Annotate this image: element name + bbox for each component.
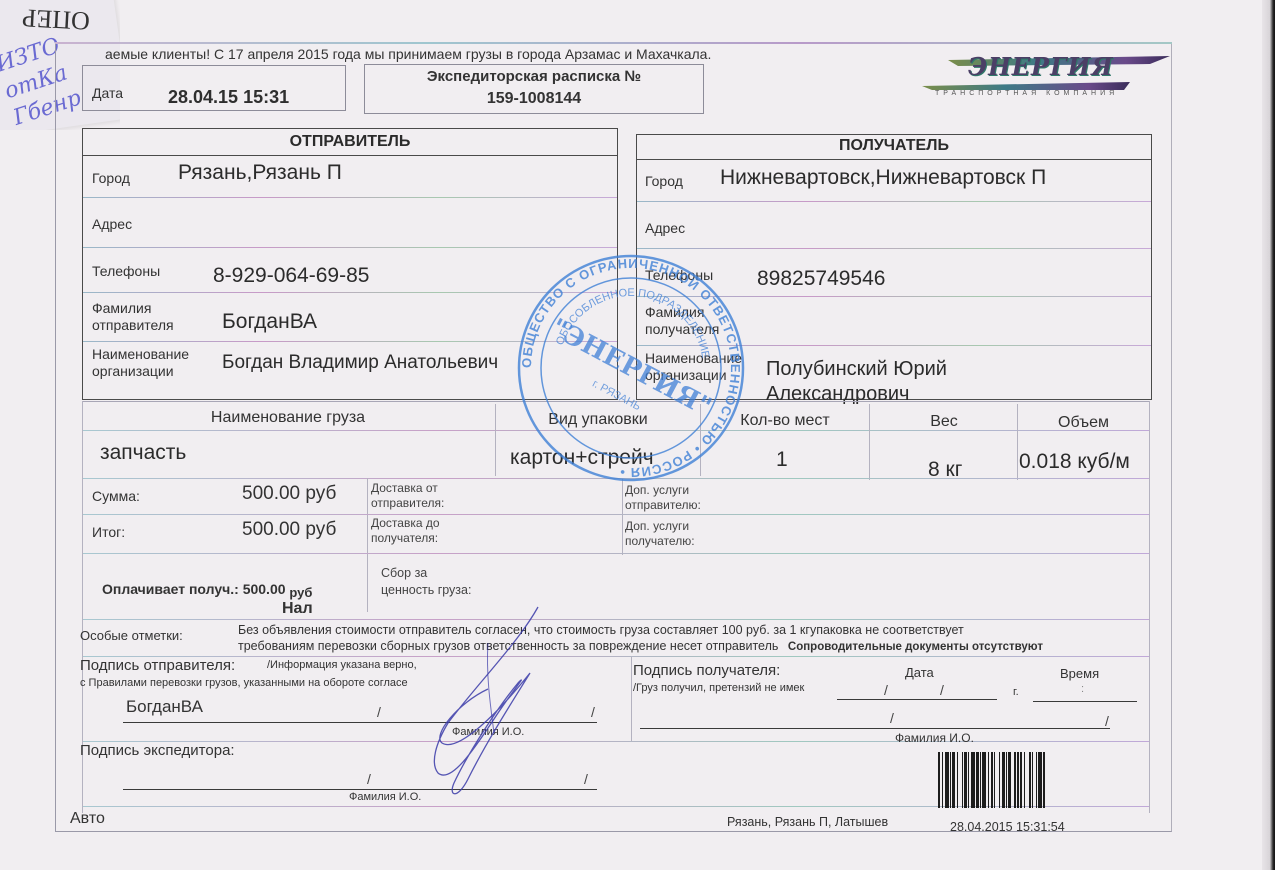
divider <box>83 514 1149 515</box>
payment-method: Нал <box>282 600 313 618</box>
table-right-border <box>1149 401 1150 813</box>
sender-city: Рязань,Рязань П <box>178 161 342 185</box>
slash-separator: / <box>584 771 588 787</box>
divider <box>83 741 1149 742</box>
special-text: Без объявления стоимости отправитель сог… <box>238 622 1043 655</box>
logo-name: ЭНЕРГИЯ <box>968 52 1114 81</box>
recipient-address-label: Адрес <box>645 220 685 237</box>
recipient-title-divider <box>637 159 1151 160</box>
sender-address-label: Адрес <box>92 216 132 233</box>
barcode <box>938 752 1144 808</box>
scan-edge <box>1262 0 1275 870</box>
divider <box>83 197 617 198</box>
slash-separator: / <box>890 710 894 726</box>
slash-separator: / <box>884 682 888 698</box>
cargo-name: запчасть <box>100 441 186 465</box>
sender-signature-note: /Информация указана верно, <box>267 659 417 671</box>
sender-rules-note: с Правилами перевозки грузов, указанными… <box>80 677 408 689</box>
cargo-places: 1 <box>776 448 788 472</box>
recipient-title: ПОЛУЧАТЕЛЬ <box>636 137 1152 155</box>
divider <box>637 248 1151 249</box>
time-colon: : <box>1081 683 1084 695</box>
company-stamp-icon: ОБЩЕСТВО С ОГРАНИЧЕННОЙ ОТВЕТСТВЕННОСТЬЮ… <box>516 252 746 484</box>
divider <box>637 201 1151 202</box>
col-divider <box>1017 404 1018 480</box>
col-divider <box>495 404 496 476</box>
corner-printed-text: ОПЕР <box>21 2 90 36</box>
divider <box>83 553 1149 554</box>
year-suffix: г. <box>1013 686 1019 698</box>
date-label: Дата <box>92 85 123 101</box>
delivery-from-label: Доставка от отправителя: <box>371 481 444 511</box>
recipient-city: Нижневартовск,Нижневартовск П <box>720 166 1046 190</box>
sender-phones-label: Телефоны <box>92 263 160 280</box>
sender-org: Богдан Владимир Анатольевич <box>222 352 498 374</box>
sum-label: Сумма: <box>92 488 140 505</box>
divider <box>83 247 617 248</box>
slash-separator: / <box>1105 713 1109 729</box>
sender-signature-name: БогданВА <box>126 697 203 717</box>
header-weight: Вес <box>870 413 1018 431</box>
recipient-signature-line[interactable] <box>640 728 1110 729</box>
delivery-to-label: Доставка до получателя: <box>371 516 440 546</box>
receive-date-line[interactable] <box>837 699 997 700</box>
recipient-signature-note: /Груз получил, претензий не имек <box>633 682 804 694</box>
col-divider <box>631 657 632 742</box>
recipient-fio-caption: Фамилия И.О. <box>895 731 974 745</box>
special-label: Особые отметки: <box>80 627 183 644</box>
receipt-number: 159-1008144 <box>364 90 704 108</box>
divider <box>83 619 1149 620</box>
extra-sender-label: Доп. услуги отправителю: <box>625 483 701 513</box>
sender-phones: 8-929-064-69-85 <box>213 264 369 288</box>
divider <box>83 656 1149 657</box>
receive-time-label: Время <box>1060 666 1099 681</box>
receipt-title: Экспедиторская расписка № <box>364 68 704 85</box>
issue-timestamp: 28.04.2015 15:31:54 <box>950 820 1065 834</box>
extra-recipient-label: Доп. услуги получателю: <box>625 519 695 549</box>
issuing-office: Рязань, Рязань П, Латышев <box>727 815 888 829</box>
sender-surname-label: Фамилия отправителя <box>92 300 174 334</box>
value-fee-label: Сбор за ценность груза: <box>381 565 471 599</box>
slash-separator: / <box>591 704 595 720</box>
header-cargo-name: Наименование груза <box>82 409 494 427</box>
date-value: 28.04.15 15:31 <box>168 87 289 108</box>
recipient-org: Полубинский Юрий Александрович <box>766 357 947 407</box>
receive-time-line[interactable] <box>1033 701 1137 702</box>
sender-surname: БогданВА <box>222 310 317 334</box>
sender-title-divider <box>83 155 617 156</box>
slash-separator: / <box>367 771 371 787</box>
payer-info: Оплачивает получ.: 500.00 руб <box>102 581 312 597</box>
col-divider <box>367 478 368 612</box>
recipient-signature-label: Подпись получателя: <box>633 662 780 679</box>
handwritten-signature-icon <box>418 603 558 803</box>
forwarder-fio-caption: Фамилия И.О. <box>349 791 421 803</box>
logo-subtitle: ТРАНСПОРТНАЯ КОМПАНИЯ <box>935 90 1118 97</box>
col-divider <box>622 478 623 555</box>
sender-signature-label: Подпись отправителя: <box>80 657 235 674</box>
cargo-volume: 0.018 куб/м <box>1019 450 1130 474</box>
recipient-phones: 89825749546 <box>757 267 885 291</box>
sender-org-label: Наименование организации <box>92 346 189 380</box>
total-value: 500.00 руб <box>242 519 336 541</box>
col-divider <box>869 404 870 480</box>
sender-title: ОТПРАВИТЕЛЬ <box>82 133 618 151</box>
total-label: Итог: <box>92 524 125 541</box>
transport-type: Авто <box>70 810 105 828</box>
frame-top-border <box>55 42 1172 44</box>
notice-text: аемые клиенты! С 17 апреля 2015 года мы … <box>105 46 711 62</box>
recipient-city-label: Город <box>645 173 683 190</box>
sum-value: 500.00 руб <box>242 483 336 505</box>
receive-date-label: Дата <box>905 665 934 680</box>
sender-city-label: Город <box>92 170 130 187</box>
forwarder-signature-label: Подпись экспедитора: <box>80 742 235 759</box>
slash-separator: / <box>377 704 381 720</box>
slash-separator: / <box>940 682 944 698</box>
